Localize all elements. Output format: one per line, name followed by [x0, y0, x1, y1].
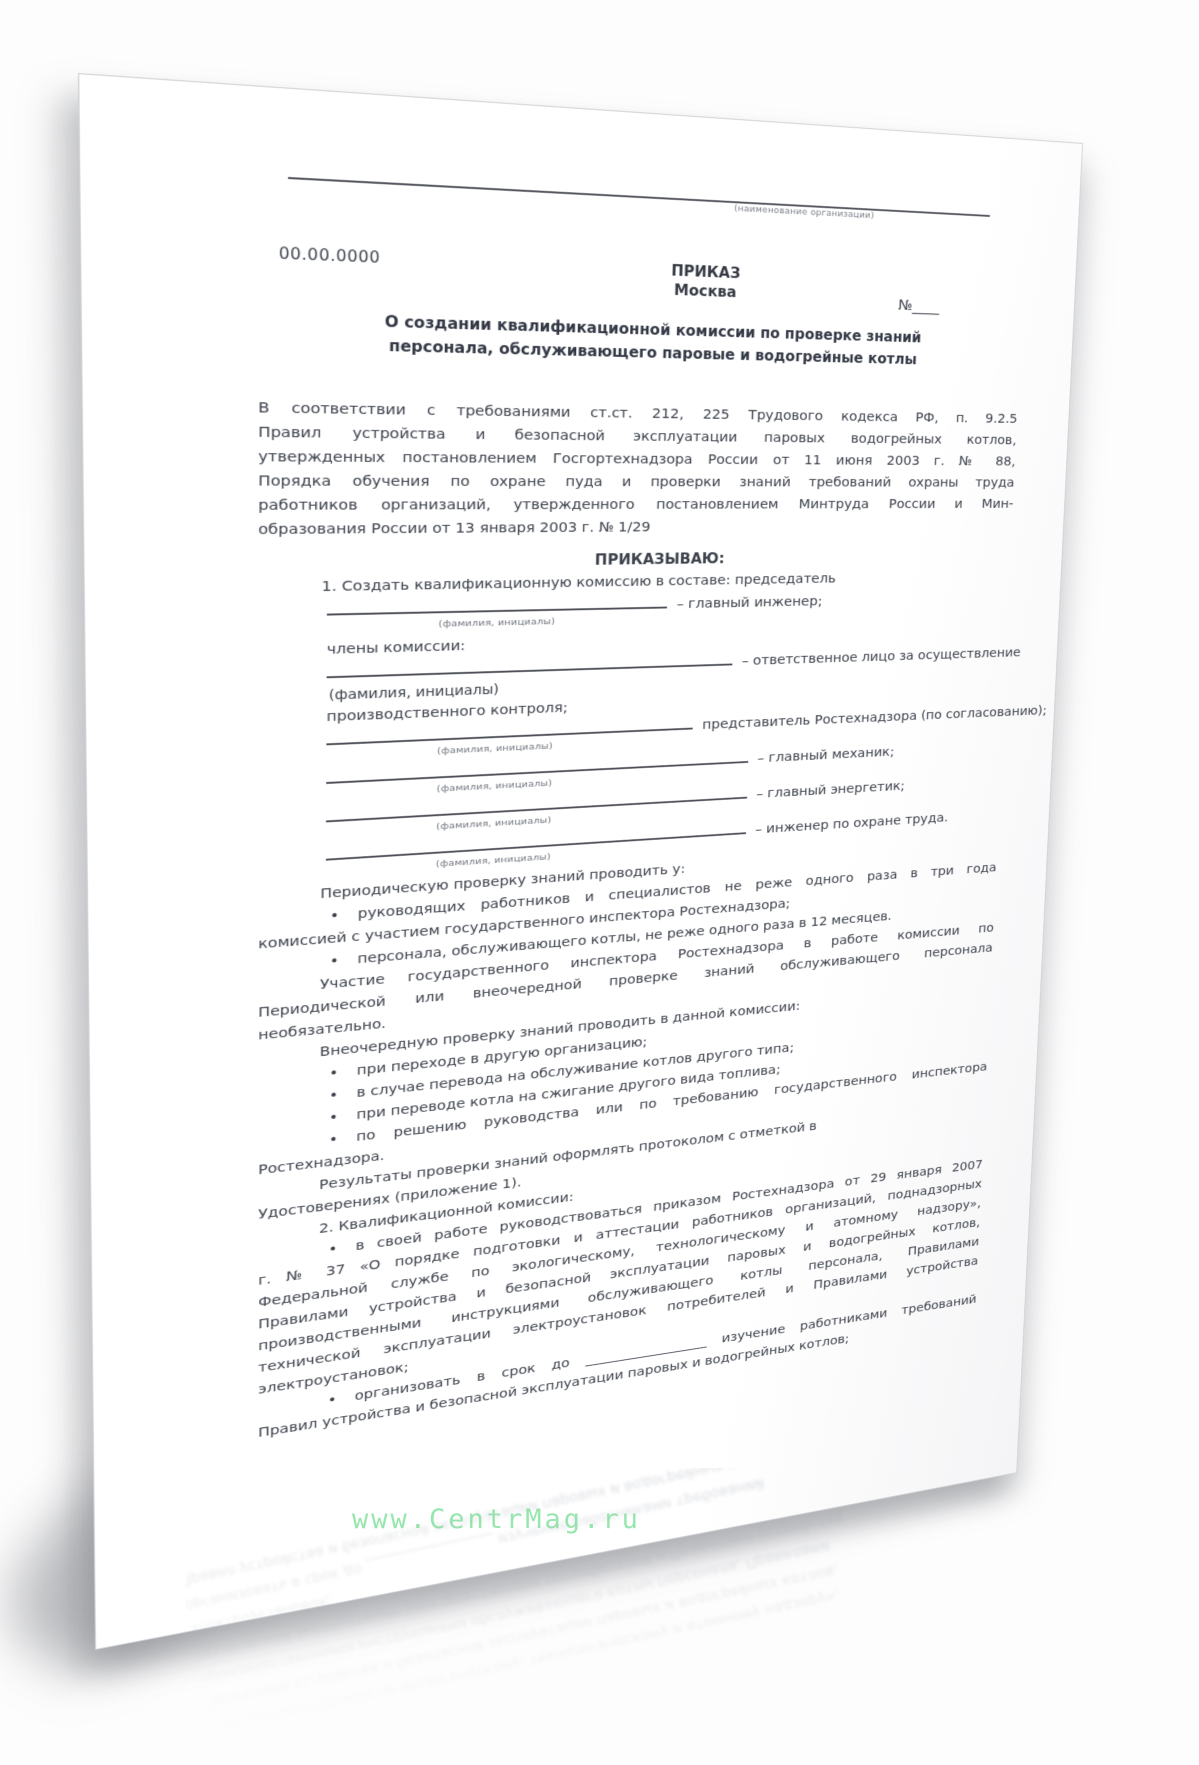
blank-signature-line: [327, 594, 667, 615]
photo-stage: (наименование организации) 00.00.0000 ПР…: [0, 0, 1199, 1765]
intro-line: Порядка обучения по охране пуда и провер…: [258, 469, 1015, 493]
document-paper: (наименование организации) 00.00.0000 ПР…: [78, 73, 1083, 1650]
signature-role-text: – главный механик;: [757, 745, 894, 766]
doc-title: О создании квалификационной комиссии по …: [258, 306, 1021, 373]
intro-line: работников организаций, утвержденного по…: [258, 494, 1014, 518]
intro-line: образования России от 13 января 2003 г. …: [258, 515, 1013, 542]
doc-type-city: ПРИКАЗ Москва: [497, 254, 899, 314]
org-name-rule: [288, 177, 990, 217]
signature-role-text: – главный инженер;: [677, 594, 823, 612]
org-name-block: (наименование организации): [258, 175, 1026, 229]
reflection-text: Федеральной службе по экологическому, те…: [185, 1468, 1143, 1740]
doc-date: 00.00.0000: [279, 244, 498, 299]
signature-block: – главный инженер;(фамилия, инициалы)чле…: [258, 586, 1009, 881]
intro-paragraph: В соответствии с требованиями ст.ст. 212…: [258, 396, 1018, 542]
paper-reflection: Федеральной службе по экологическому, те…: [185, 1468, 1195, 1765]
body-lines: Периодическую проверку знаний проводить …: [258, 837, 998, 1444]
org-name-caption: (наименование организации): [734, 204, 1027, 229]
doc-meta-row: 00.00.0000 ПРИКАЗ Москва №____: [258, 243, 1024, 317]
doc-number: №____: [898, 297, 1023, 318]
